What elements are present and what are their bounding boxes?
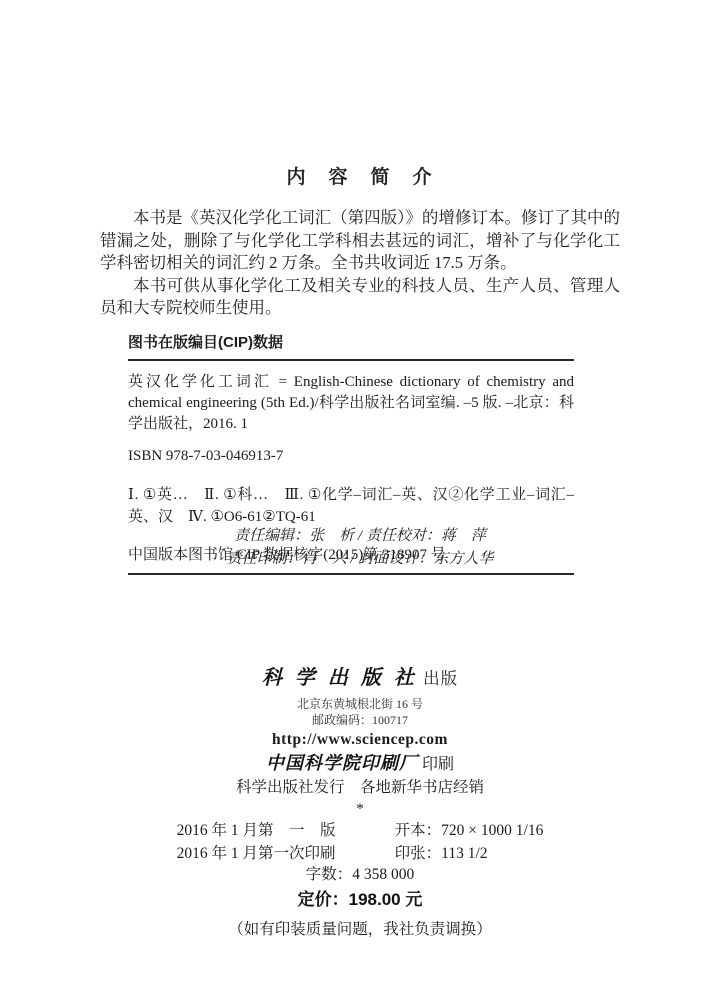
- publisher-website: http://www.sciencep.com: [0, 730, 720, 750]
- content-introduction-section: 内 容 简 介 本书是《英汉化学化工词汇（第四版）》的增修订本。修订了其中的错漏…: [100, 162, 620, 320]
- cip-heading: 图书在版编目(CIP)数据: [128, 331, 574, 352]
- colophon-section: 科 学 出 版 社 出版 北京东黄城根北街 16 号 邮政编码：100717 h…: [0, 666, 720, 941]
- distribution-line: 科学出版社发行 各地新华书店经销: [0, 777, 720, 798]
- publisher-logotype: 科 学 出 版 社: [262, 667, 418, 689]
- publisher-line: 科 学 出 版 社 出版: [0, 666, 720, 692]
- credits-line-2: 责任印制：肖 兴 / 封面设计：东方人华: [0, 548, 720, 571]
- printer-line: 中国科学院印刷厂 印刷: [0, 752, 720, 776]
- printing-date: 2016 年 1 月第一次印刷: [177, 843, 359, 865]
- section-title: 内 容 简 介: [100, 162, 620, 189]
- publisher-address: 北京东黄城根北街 16 号: [0, 696, 720, 712]
- edition-date: 2016 年 1 月第 一 版: [177, 820, 359, 842]
- cip-classification: Ⅰ. ①英… Ⅱ. ①科… Ⅲ. ①化学–词汇–英、汉②化学工业–词汇–英、汉 …: [128, 485, 574, 528]
- price: 定价：198.00 元: [0, 888, 720, 912]
- credits-line-1: 责任编辑：张 析 / 责任校对：蒋 萍: [0, 525, 720, 548]
- cip-bottom-rule: [128, 573, 574, 575]
- book-format: 开本：720 × 1000 1/16: [395, 820, 544, 842]
- printed-sheets: 印张：113 1/2: [395, 843, 544, 865]
- intro-paragraph-1: 本书是《英汉化学化工词汇（第四版）》的增修订本。修订了其中的错漏之处，删除了与化…: [100, 207, 620, 275]
- cip-entry: 英汉化学化工词汇 = English-Chinese dictionary of…: [128, 372, 574, 435]
- intro-paragraph-2: 本书可供从事化学化工及相关专业的科技人员、生产人员、管理人员和大专院校师生使用。: [100, 275, 620, 320]
- publisher-role-label: 出版: [418, 669, 458, 688]
- divider-asterisk: *: [0, 800, 720, 819]
- isbn-number: ISBN 978-7-03-046913-7: [128, 448, 574, 465]
- copyright-page: 内 容 简 介 本书是《英汉化学化工词汇（第四版）》的增修订本。修订了其中的错漏…: [0, 0, 720, 1000]
- printer-role-label: 印刷: [418, 756, 454, 773]
- quality-note: （如有印装质量问题，我社负责调换）: [0, 919, 720, 941]
- publication-details: 2016 年 1 月第 一 版 开本：720 × 1000 1/16 2016 …: [177, 820, 544, 864]
- cip-top-rule: [128, 359, 574, 361]
- word-count: 字数：4 358 000: [0, 864, 720, 886]
- editor-credits: 责任编辑：张 析 / 责任校对：蒋 萍 责任印制：肖 兴 / 封面设计：东方人华: [0, 525, 720, 570]
- printer-logotype: 中国科学院印刷厂: [266, 753, 418, 773]
- publisher-postcode: 邮政编码：100717: [0, 712, 720, 728]
